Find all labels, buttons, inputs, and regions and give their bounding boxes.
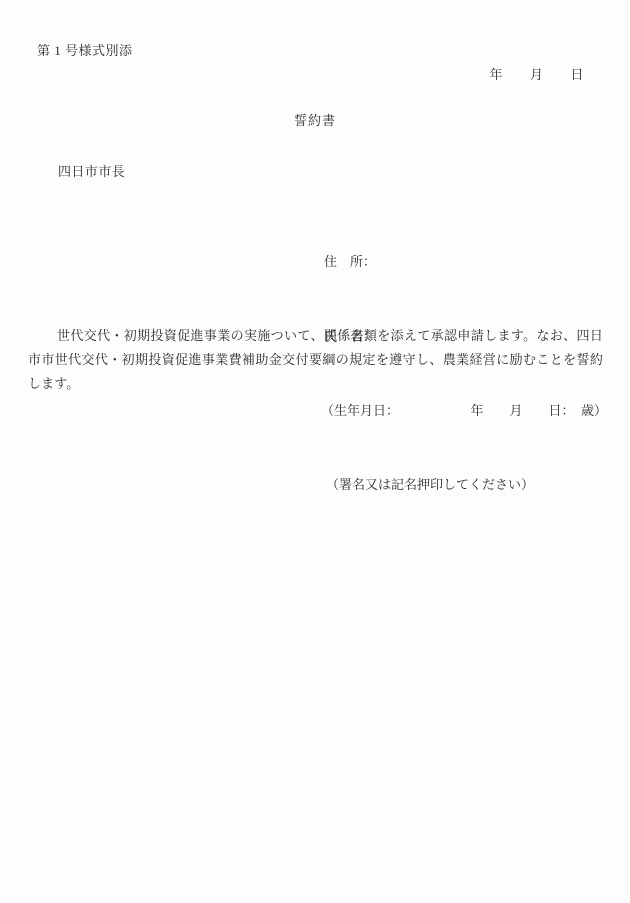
date-line: 年 月 日: [489, 64, 584, 83]
pledge-paragraph: 世代交代・初期投資促進事業の実施ついて、関係書類を添えて承認申請します。なお、四…: [28, 324, 603, 396]
addressee: 四日市市長: [58, 161, 125, 180]
signature-note: （署名又は記名押印してください）: [326, 473, 607, 498]
document-title: 誓約書: [0, 110, 630, 129]
address-label: 住 所：: [324, 250, 607, 275]
document-page: 第 1 号様式別添 年 月 日 誓約書 四日市市長 住 所： 氏 名： （生年月…: [0, 0, 630, 903]
birthdate-line: （生年月日： 年 月 日： 歳）: [321, 399, 607, 424]
form-number: 第 1 号様式別添: [37, 40, 133, 59]
